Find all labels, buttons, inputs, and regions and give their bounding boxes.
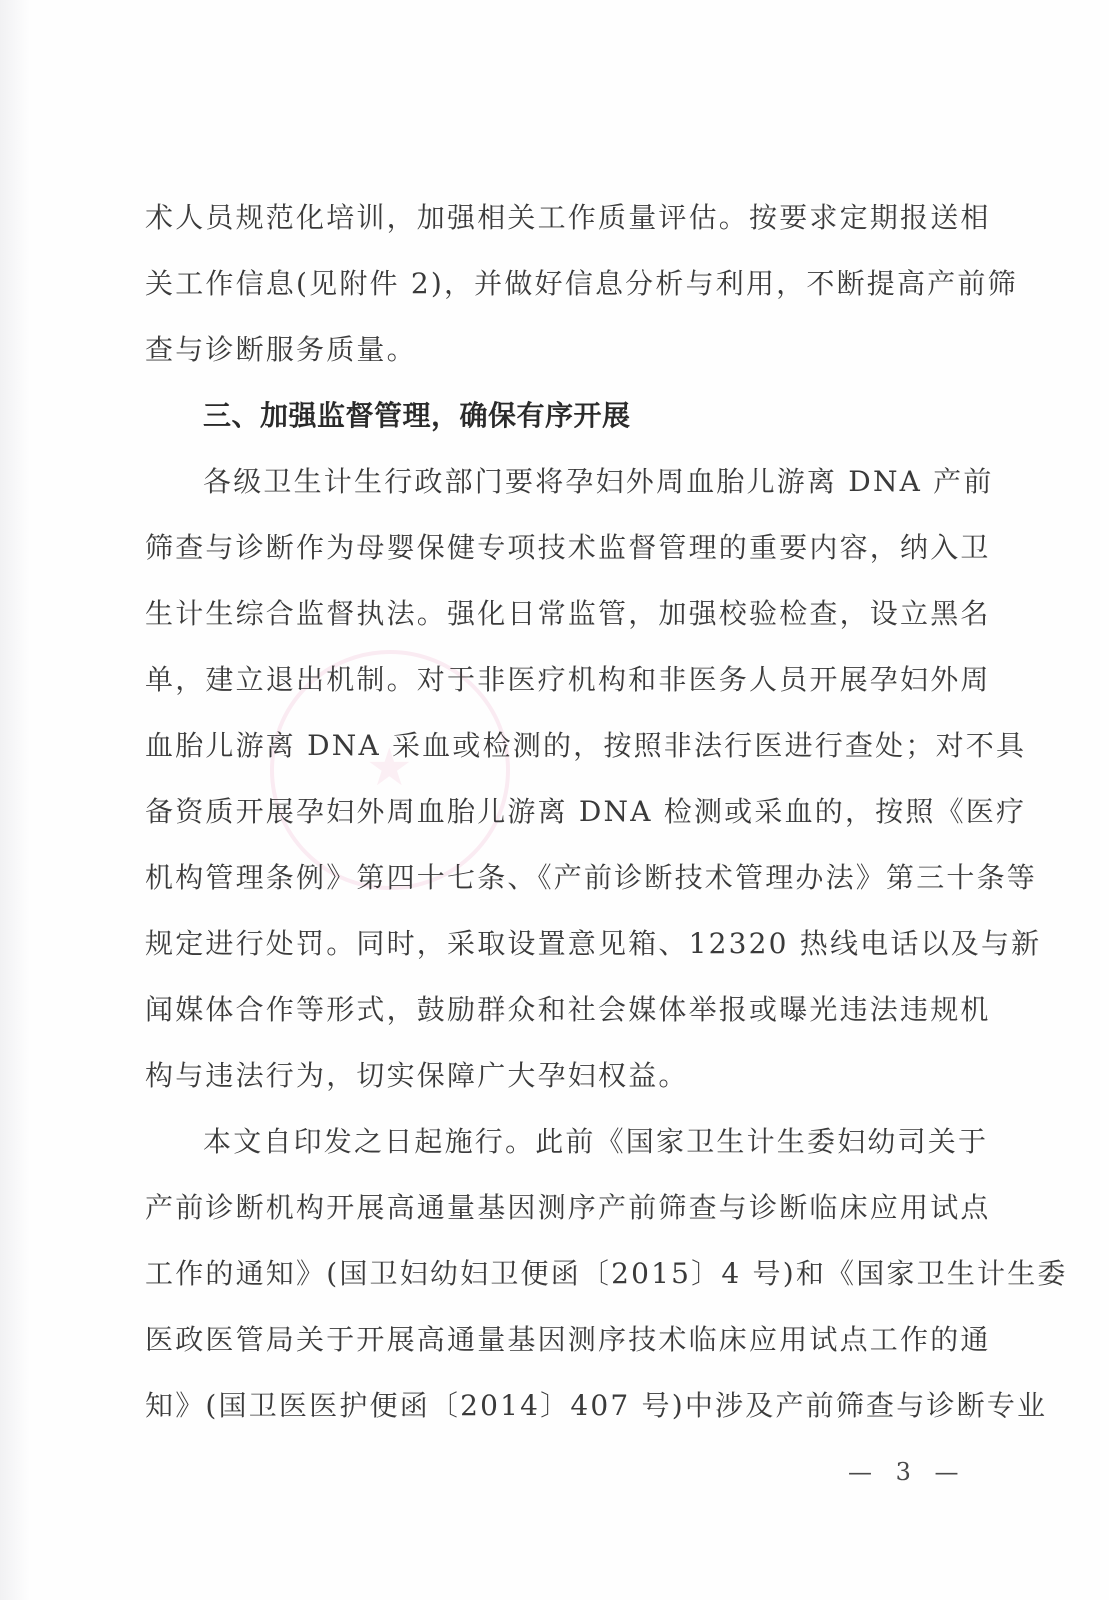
scan-edge-shadow [0,0,30,1600]
text-line: 筛查与诊断作为母婴保健专项技术监督管理的重要内容，纳入卫 [145,522,967,588]
text-line: 本文自印发之日起施行。此前《国家卫生计生委妇幼司关于 [145,1116,967,1182]
text-line: 机构管理条例》第四十七条、《产前诊断技术管理办法》第三十条等 [145,852,967,918]
text-line: 生计生综合监督执法。强化日常监管，加强校验检查，设立黑名 [145,588,967,654]
text-line: 闻媒体合作等形式，鼓励群众和社会媒体举报或曝光违法违规机 [145,984,967,1050]
document-body: 术人员规范化培训，加强相关工作质量评估。按要求定期报送相 关工作信息(见附件 2… [145,192,967,1446]
section-heading: 三、加强监督管理，确保有序开展 [145,390,967,456]
text-line: 工作的通知》(国卫妇幼妇卫便函〔2015〕4 号)和《国家卫生计生委 [145,1248,967,1314]
text-line: 规定进行处罚。同时，采取设置意见箱、12320 热线电话以及与新 [145,918,967,984]
paragraph-effective-date: 本文自印发之日起施行。此前《国家卫生计生委妇幼司关于 产前诊断机构开展高通量基因… [145,1116,967,1446]
text-line: 单，建立退出机制。对于非医疗机构和非医务人员开展孕妇外周 [145,654,967,720]
text-line: 医政医管局关于开展高通量基因测序技术临床应用试点工作的通 [145,1314,967,1380]
section-heading-text: 三、加强监督管理，确保有序开展 [145,390,967,456]
text-line: 产前诊断机构开展高通量基因测序产前筛查与诊断临床应用试点 [145,1182,967,1248]
text-line: 备资质开展孕妇外周血胎儿游离 DNA 检测或采血的，按照《医疗 [145,786,967,852]
text-line: 术人员规范化培训，加强相关工作质量评估。按要求定期报送相 [145,192,967,258]
text-line: 知》(国卫医医护便函〔2014〕407 号)中涉及产前筛查与诊断专业 [145,1380,967,1446]
paragraph-supervision: 各级卫生计生行政部门要将孕妇外周血胎儿游离 DNA 产前 筛查与诊断作为母婴保健… [145,456,967,1116]
paragraph-continuation: 术人员规范化培训，加强相关工作质量评估。按要求定期报送相 关工作信息(见附件 2… [145,192,967,390]
text-line: 血胎儿游离 DNA 采血或检测的，按照非法行医进行查处；对不具 [145,720,967,786]
text-line: 关工作信息(见附件 2)，并做好信息分析与利用，不断提高产前筛 [145,258,967,324]
text-line: 构与违法行为，切实保障广大孕妇权益。 [145,1050,967,1116]
page-number: — 3 — [848,1458,967,1486]
text-line: 各级卫生计生行政部门要将孕妇外周血胎儿游离 DNA 产前 [145,456,967,522]
document-page: ★ 术人员规范化培训，加强相关工作质量评估。按要求定期报送相 关工作信息(见附件… [0,0,1109,1600]
text-line: 查与诊断服务质量。 [145,324,967,390]
